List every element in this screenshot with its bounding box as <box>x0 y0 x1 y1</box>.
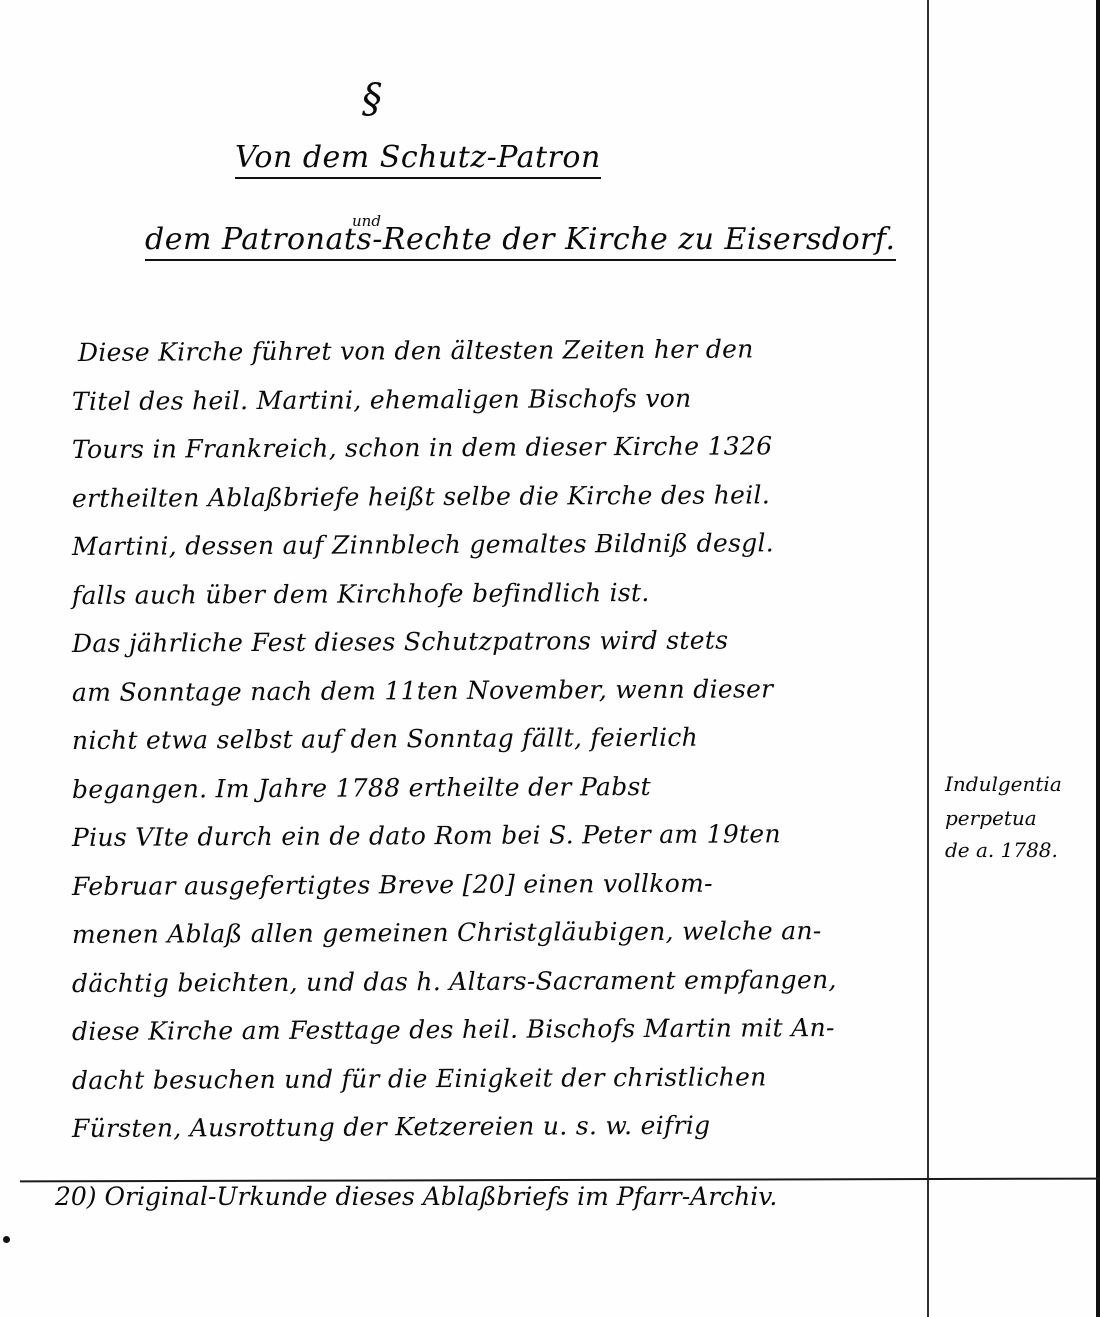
heading-line-2: dem Patronats-Rechte der Kirche zu Eiser… <box>145 222 896 257</box>
margin-note-line: perpetua <box>945 806 1037 830</box>
body-line: nicht etwa selbst auf den Sonntag fällt,… <box>72 723 698 755</box>
body-line: Tours in Frankreich, schon in dem dieser… <box>72 431 773 464</box>
body-line: falls auch über dem Kirchhofe befindlich… <box>72 577 650 609</box>
page-right-edge <box>1096 0 1100 1317</box>
body-line: Titel des heil. Martini, ehemaligen Bisc… <box>72 383 692 415</box>
body-line: dächtig beichten, und das h. Altars-Sacr… <box>72 964 837 997</box>
footnote-number: 20) <box>55 1182 97 1211</box>
body-line: Februar ausgefertigtes Breve [20] einen … <box>72 868 713 900</box>
manuscript-page: § Von dem Schutz-Patron und dem Patronat… <box>0 0 1100 1317</box>
body-line: begangen. Im Jahre 1788 ertheilte der Pa… <box>72 771 651 803</box>
body-line: Martini, dessen auf Zinnblech gemaltes B… <box>72 528 774 561</box>
ink-dot <box>3 1236 10 1243</box>
body-line: Diese Kirche führet von den ältesten Zei… <box>78 334 754 367</box>
body-line: am Sonntage nach dem 11ten November, wen… <box>72 674 774 707</box>
footnote: 20) Original-Urkunde dieses Ablaßbriefs … <box>55 1182 777 1211</box>
margin-note-line: de a. 1788. <box>945 838 1058 862</box>
body-line: diese Kirche am Festtage des heil. Bisch… <box>72 1013 835 1046</box>
body-line: dacht besuchen und für die Einigkeit der… <box>72 1062 767 1095</box>
heading-line-1-text: Von dem Schutz-Patron <box>235 140 601 179</box>
heading-line-2-text: dem Patronats-Rechte der Kirche zu Eiser… <box>145 222 896 261</box>
section-mark: § <box>362 76 382 122</box>
body-line: Das jährliche Fest dieses Schutzpatrons … <box>72 626 728 658</box>
margin-rule <box>927 0 929 1317</box>
footnote-text: Original-Urkunde dieses Ablaßbriefs im P… <box>105 1182 778 1211</box>
heading-line-1: Von dem Schutz-Patron <box>235 140 601 175</box>
body-line: menen Ablaß allen gemeinen Christgläubig… <box>72 916 822 949</box>
body-line: Pius VIte durch ein de dato Rom bei S. P… <box>72 819 781 852</box>
body-line: ertheilten Ablaßbriefe heißt selbe die K… <box>72 480 770 513</box>
body-line: Fürsten, Ausrottung der Ketzereien u. s.… <box>72 1111 711 1143</box>
margin-note-line: Indulgentia <box>945 772 1062 796</box>
